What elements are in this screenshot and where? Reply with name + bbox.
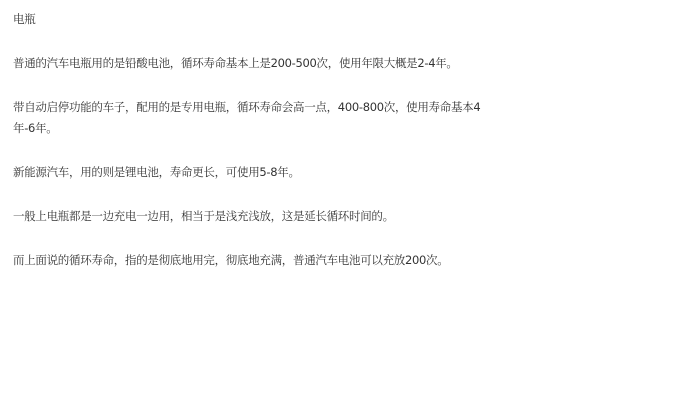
article-body: 电瓶 普通的汽车电瓶用的是铅酸电池，循环寿命基本上是200-500次，使用年限大…	[0, 0, 483, 271]
paragraph-new-energy: 新能源汽车，用的则是锂电池，寿命更长，可使用5-8年。	[13, 162, 483, 183]
paragraph-shallow-charge: 一般上电瓶都是一边充电一边用，相当于是浅充浅放，这是延长循环时间的。	[13, 206, 483, 227]
paragraph-title: 电瓶	[13, 9, 483, 30]
paragraph-lead-acid: 普通的汽车电瓶用的是铅酸电池，循环寿命基本上是200-500次，使用年限大概是2…	[13, 53, 483, 74]
paragraph-start-stop: 带自动启停功能的车子，配用的是专用电瓶，循环寿命会高一点，400-800次，使用…	[13, 97, 483, 139]
paragraph-cycle-life: 而上面说的循环寿命，指的是彻底地用完，彻底地充满，普通汽车电池可以充放200次。	[13, 250, 483, 271]
